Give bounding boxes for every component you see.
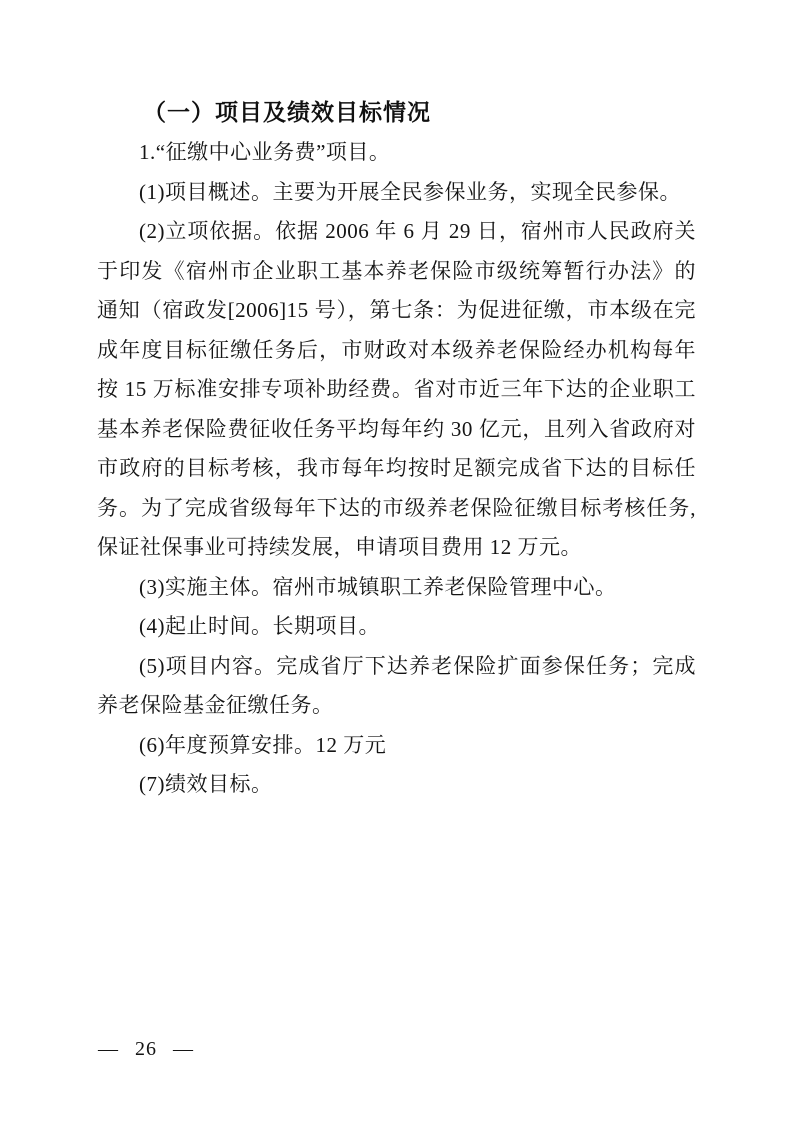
section-heading: （一）项目及绩效目标情况 bbox=[97, 93, 696, 133]
paragraph-project-title: 1.“征缴中心业务费”项目。 bbox=[97, 133, 696, 173]
document-body: （一）项目及绩效目标情况 1.“征缴中心业务费”项目。 (1)项目概述。主要为开… bbox=[97, 93, 696, 805]
paragraph-project-overview: (1)项目概述。主要为开展全民参保业务，实现全民参保。 bbox=[97, 173, 696, 213]
paragraph-time-span: (4)起止时间。长期项目。 bbox=[97, 607, 696, 647]
paragraph-performance-target: (7)绩效目标。 bbox=[97, 765, 696, 805]
document-page: （一）项目及绩效目标情况 1.“征缴中心业务费”项目。 (1)项目概述。主要为开… bbox=[0, 0, 793, 1122]
paragraph-project-basis: (2)立项依据。依据 2006 年 6 月 29 日，宿州市人民政府关于印发《宿… bbox=[97, 212, 696, 568]
page-number: — 26 — bbox=[98, 1038, 194, 1061]
paragraph-implementing-body: (3)实施主体。宿州市城镇职工养老保险管理中心。 bbox=[97, 568, 696, 608]
paragraph-annual-budget: (6)年度预算安排。12 万元 bbox=[97, 726, 696, 766]
paragraph-project-content: (5)项目内容。完成省厅下达养老保险扩面参保任务；完成养老保险基金征缴任务。 bbox=[97, 647, 696, 726]
